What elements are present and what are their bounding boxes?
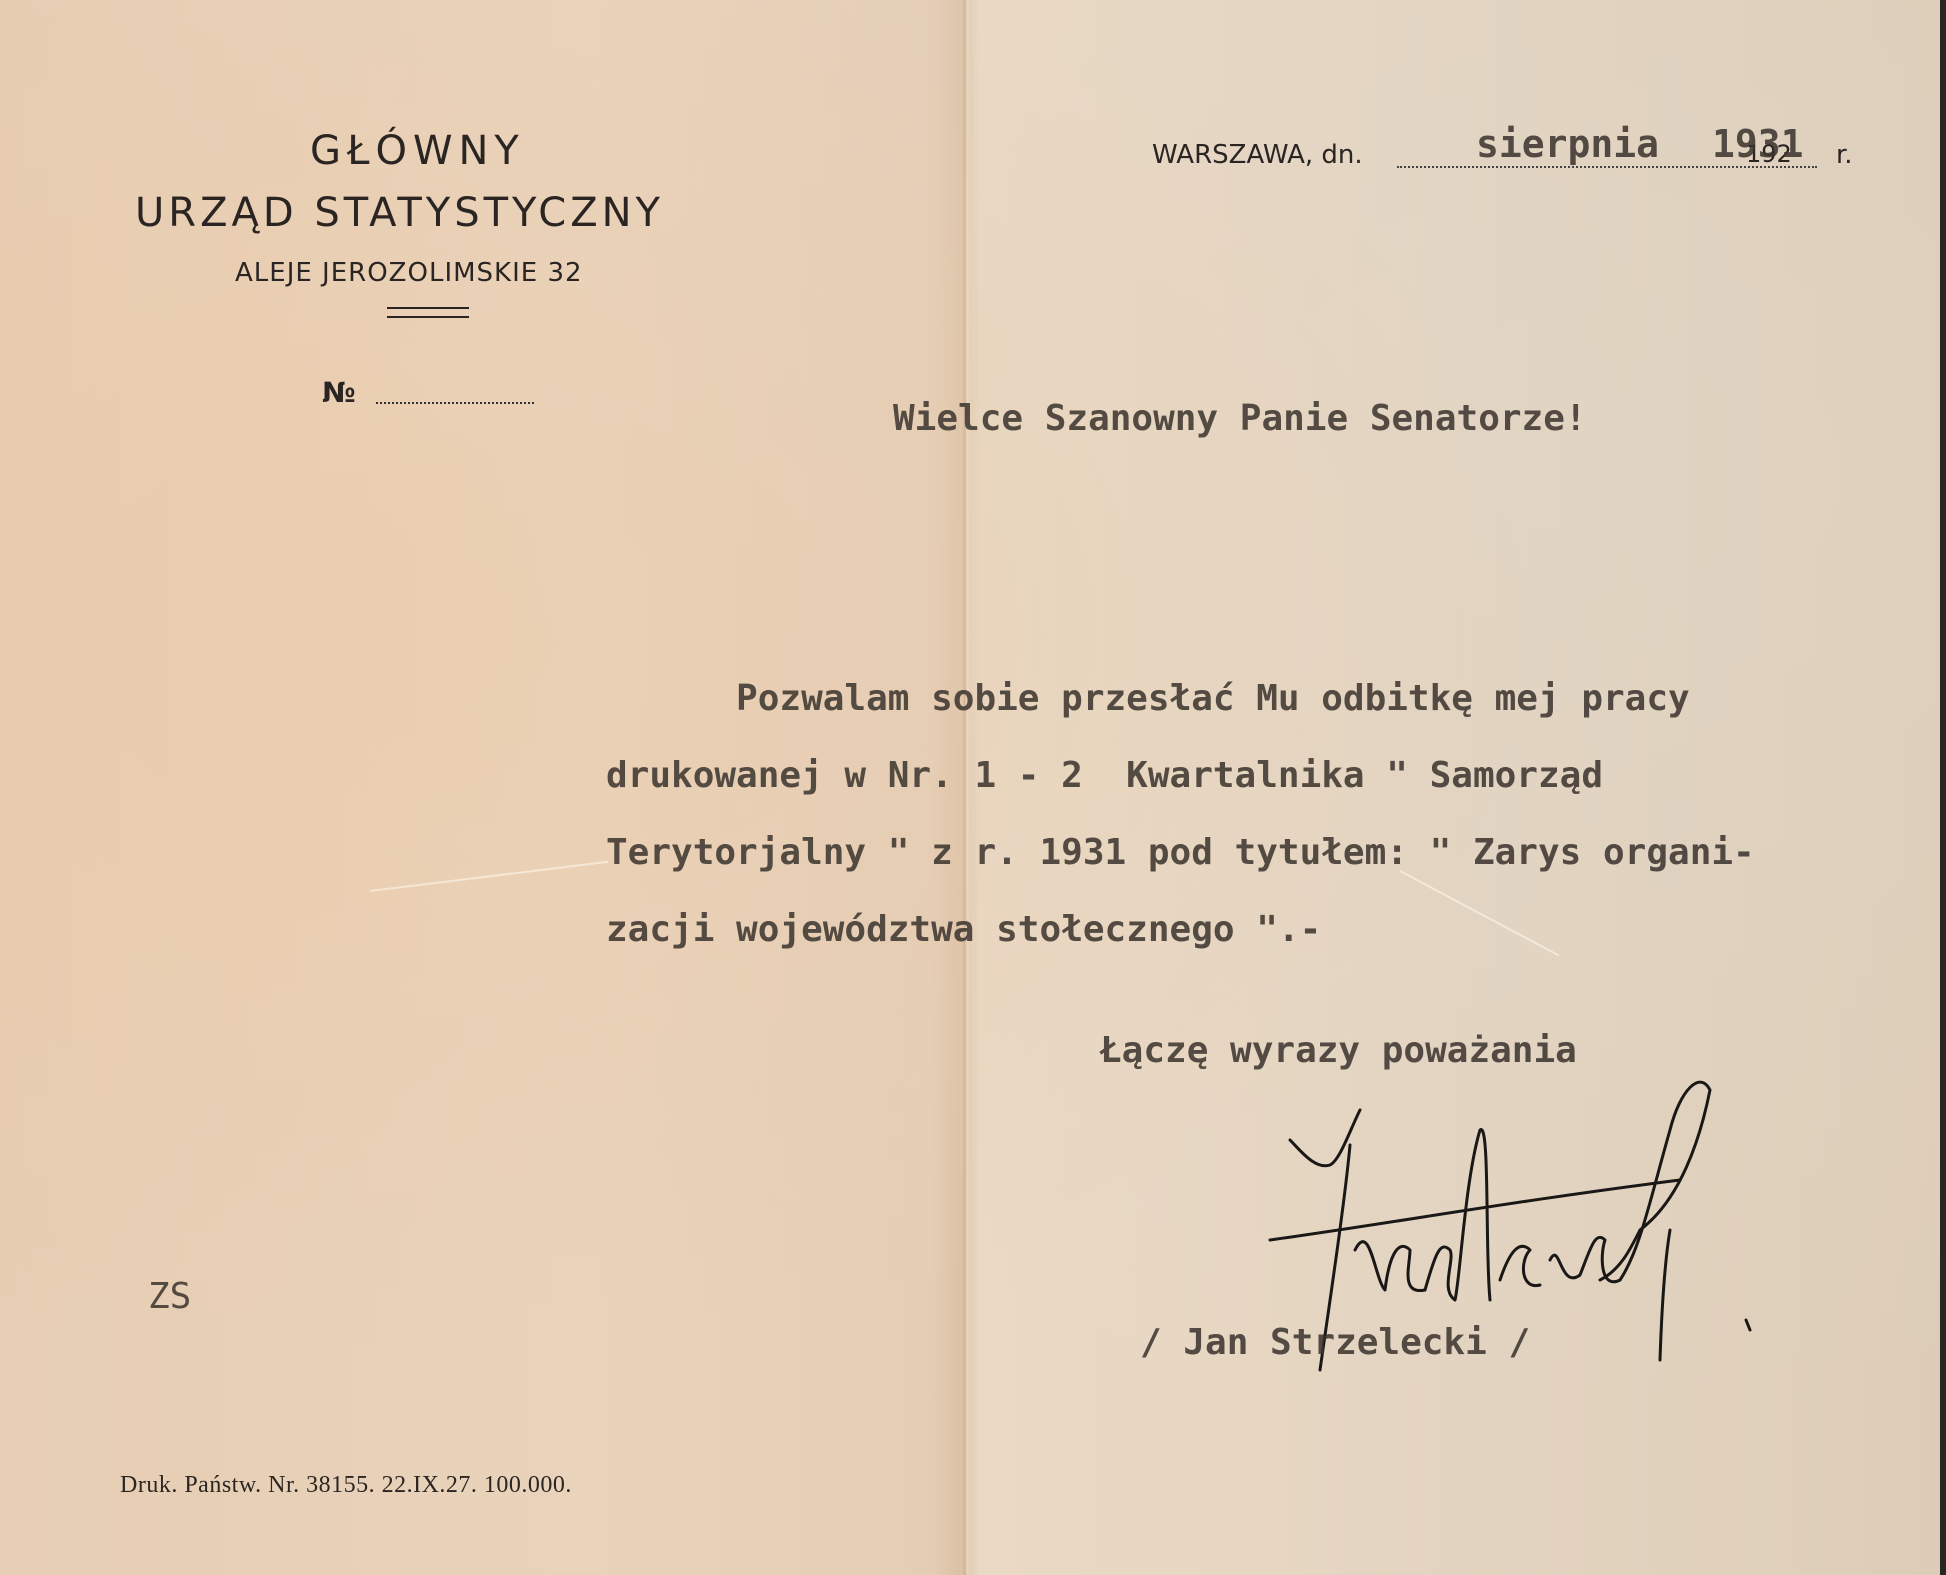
number-field [376,384,534,404]
date-year-typed: 1931 [1712,122,1804,166]
body-line: zacji województwa stołecznego ".- [606,891,1846,968]
body-line: Pozwalam sobie przesłać Mu odbitkę mej p… [606,660,1846,737]
letter-paper: GŁÓWNY URZĄD STATYSTYCZNY ALEJE JEROZOLI… [0,0,1940,1575]
letter-body: Pozwalam sobie przesłać Mu odbitkę mej p… [606,660,1846,968]
letterhead-address: ALEJE JEROZOLIMSKIE 32 [235,258,583,288]
initials: ZS [148,1276,191,1317]
body-line: Terytorjalny " z r. 1931 pod tytułem: " … [606,814,1846,891]
paper-crease [370,861,608,892]
typed-signature: / Jan Strzelecki / [1140,1322,1530,1363]
body-line: drukowanej w Nr. 1 - 2 Kwartalnika " Sam… [606,737,1846,814]
city-label: WARSZAWA, dn. [1152,140,1363,170]
date-suffix: r. [1836,140,1853,170]
number-label: № [322,376,356,409]
salutation: Wielce Szanowny Panie Senatorze! [893,398,1587,439]
printer-note: Druk. Państw. Nr. 38155. 22.IX.27. 100.0… [120,1472,572,1499]
double-rule [387,307,469,318]
date-month: sierpnia [1476,122,1659,166]
letterhead-line2: URZĄD STATYSTYCZNY [135,190,664,236]
letterhead-line1: GŁÓWNY [310,128,525,174]
